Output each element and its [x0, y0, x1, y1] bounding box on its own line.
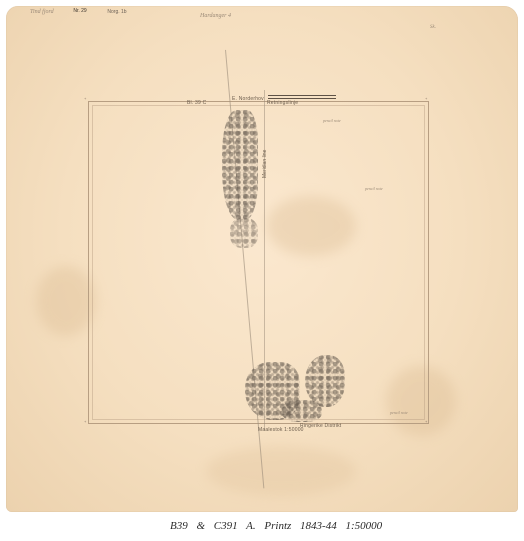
scale-bar — [268, 95, 336, 99]
header-pencil-note: Tind fjord — [30, 9, 54, 15]
frame-label-top-left: Bl. 39 C — [187, 100, 206, 106]
top-right-note: Sk. — [430, 25, 436, 30]
pencil-annotation: pencil note — [323, 118, 341, 123]
pencil-annotation: pencil note — [365, 186, 383, 191]
corner-tick: + — [84, 96, 86, 101]
frame-label-top-right: Retningslinje — [267, 100, 298, 106]
frame-label-top-center: E. Norderhov — [232, 96, 264, 102]
stamp-text: Nr. 29 — [73, 8, 86, 14]
surveyed-land-strip — [222, 110, 258, 220]
surveyed-land-strip-lower — [230, 218, 258, 248]
bottom-label-2: Ringerike Distrikt — [300, 423, 341, 429]
corner-tick: + — [425, 419, 427, 424]
corner-tick: + — [425, 96, 427, 101]
paper-stain — [36, 266, 96, 336]
pencil-annotation: pencil note — [390, 410, 408, 415]
header-second-block: Norg. 1b — [103, 9, 131, 15]
vertical-label: Meridian line — [262, 108, 268, 178]
surveyed-island — [305, 355, 345, 407]
header-pencil-note-mid: Hardanger 4 — [200, 13, 231, 19]
header-stamp-block: Nr. 29 — [68, 8, 92, 14]
paper-stain — [206, 446, 356, 496]
corner-tick: + — [84, 419, 86, 424]
bottom-label-1: Maalestok 1:50000 — [258, 427, 304, 433]
catalog-caption: B39 & C391 A. Printz 1843-44 1:50000 — [170, 520, 382, 532]
